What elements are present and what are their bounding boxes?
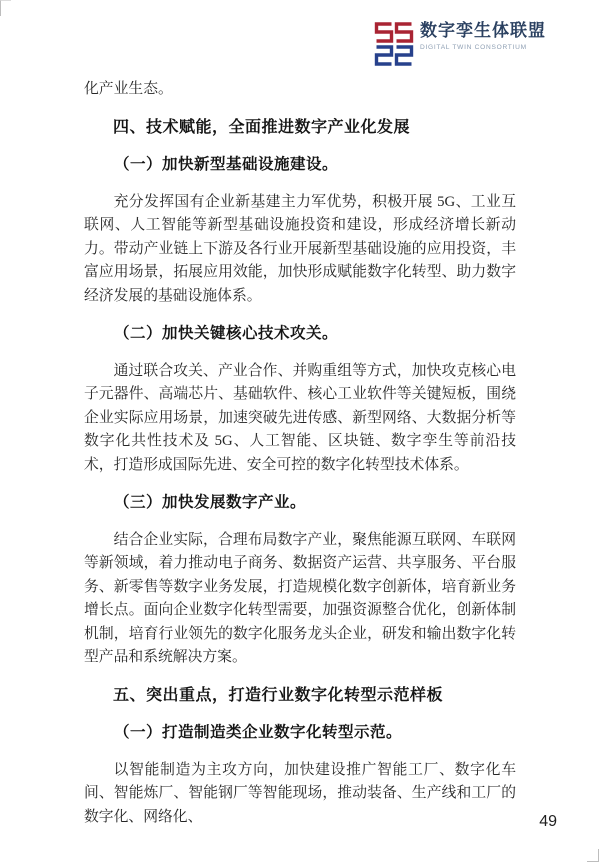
- page-number: 49: [539, 813, 557, 831]
- paragraph-smart-manufacturing: 以智能制造为主攻方向，加快建设推广智能工厂、数字化车间、智能炼厂、智能钢厂等智能…: [84, 759, 516, 830]
- logo: 数字孪生体联盟 DIGITAL TWIN CONSORTIUM: [374, 20, 546, 66]
- subsection-heading-4-2: （二）加快关键核心技术攻关。: [84, 322, 516, 346]
- subsection-heading-4-3: （三）加快发展数字产业。: [84, 491, 516, 515]
- subsection-heading-5-1: （一）打造制造类企业数字化转型示范。: [84, 721, 516, 745]
- logo-title: 数字孪生体联盟: [420, 20, 546, 42]
- section-heading-4: 四、技术赋能，全面推进数字产业化发展: [84, 116, 516, 140]
- subsection-heading-4-1: （一）加快新型基础设施建设。: [84, 153, 516, 177]
- paragraph-continuation: 化产业生态。: [84, 78, 516, 102]
- document-body: 化产业生态。 四、技术赋能，全面推进数字产业化发展 （一）加快新型基础设施建设。…: [84, 78, 516, 843]
- section-heading-5: 五、突出重点，打造行业数字化转型示范样板: [84, 684, 516, 708]
- paragraph-core-technology: 通过联合攻关、产业合作、并购重组等方式，加快攻克核心电子元器件、高端芯片、基础软…: [84, 360, 516, 478]
- paragraph-new-infrastructure: 充分发挥国有企业新基建主力军优势，积极开展 5G、工业互联网、人工智能等新型基础…: [84, 191, 516, 309]
- logo-text: 数字孪生体联盟 DIGITAL TWIN CONSORTIUM: [420, 20, 546, 51]
- paragraph-digital-industry: 结合企业实际，合理布局数字产业，聚焦能源互联网、车联网等新领域，着力推动电子商务…: [84, 529, 516, 670]
- digital-twin-consortium-logo-icon: [374, 22, 414, 66]
- scan-corner-mark-top-left: [0, 0, 11, 16]
- logo-subtitle: DIGITAL TWIN CONSORTIUM: [420, 44, 546, 51]
- scan-corner-mark-bottom-right: [587, 849, 599, 862]
- document-page: 数字孪生体联盟 DIGITAL TWIN CONSORTIUM 化产业生态。 四…: [0, 0, 600, 863]
